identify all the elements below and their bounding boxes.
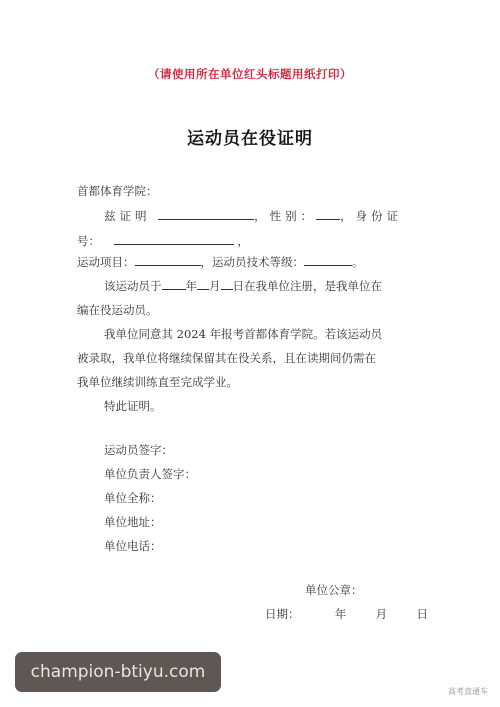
sport-blank	[135, 254, 201, 266]
para2-line3: 我单位继续训练直至完成学业。	[77, 374, 238, 390]
level-label: ，运动员技术等级：	[201, 255, 305, 269]
line-sport: 运动项目：，运动员技术等级：。	[77, 254, 364, 270]
unit-seal: 单位公章：	[305, 582, 363, 598]
unit-name: 单位全称：	[104, 490, 162, 506]
gender-label: ，性别：	[254, 209, 316, 223]
athlete-signature: 运动员签字：	[104, 442, 173, 458]
para1-line1: 该运动员于年月日在我单位注册，是我单位在	[104, 278, 382, 294]
period: 。	[352, 255, 364, 269]
line-id-number: 号： ，	[77, 233, 249, 249]
para1-line2: 编在役运动员。	[77, 302, 158, 318]
year-label: 年	[186, 279, 198, 293]
date-day: 日	[416, 607, 428, 621]
date-label: 日期：	[265, 607, 300, 621]
unit-address: 单位地址：	[104, 514, 162, 530]
print-notice: （请使用所在单位红头标题用纸打印）	[0, 66, 500, 82]
document-title: 运动员在役证明	[0, 124, 500, 149]
level-blank	[304, 254, 352, 266]
para1-text: 该运动员于	[104, 279, 162, 293]
id-blank	[114, 233, 234, 245]
line-name-gender: 兹证明 ，性别：，身份证	[104, 208, 402, 224]
month-blank	[197, 278, 209, 290]
name-blank	[158, 208, 254, 220]
para2-line1: 我单位同意其 2024 年报考首都体育学院。若该运动员	[104, 326, 382, 342]
unit-phone: 单位电话：	[104, 538, 162, 554]
leader-signature: 单位负责人签字：	[104, 466, 196, 482]
addressee: 首都体育学院：	[77, 183, 158, 199]
date-year: 年	[335, 607, 347, 621]
id-label: ，身份证	[340, 209, 402, 223]
watermark-badge: champion-btiyu.com	[15, 652, 221, 692]
id-label-cont: 号：	[77, 234, 100, 248]
sport-label: 运动项目：	[77, 255, 135, 269]
comma: ，	[237, 234, 249, 248]
closing: 特此证明。	[104, 398, 162, 414]
year-blank	[162, 278, 186, 290]
gender-blank	[316, 208, 340, 220]
day-blank	[221, 278, 233, 290]
para1-rest: 日在我单位注册，是我单位在	[233, 279, 383, 293]
date-month: 月	[376, 607, 388, 621]
para2-line2: 被录取，我单位将继续保留其在役关系，且在读期间仍需在	[77, 350, 376, 366]
certify-label: 兹证明	[104, 209, 151, 223]
date-line: 日期： 年 月 日	[265, 606, 428, 622]
watermark-small: 高考直通车	[448, 686, 488, 697]
month-label: 月	[209, 279, 221, 293]
